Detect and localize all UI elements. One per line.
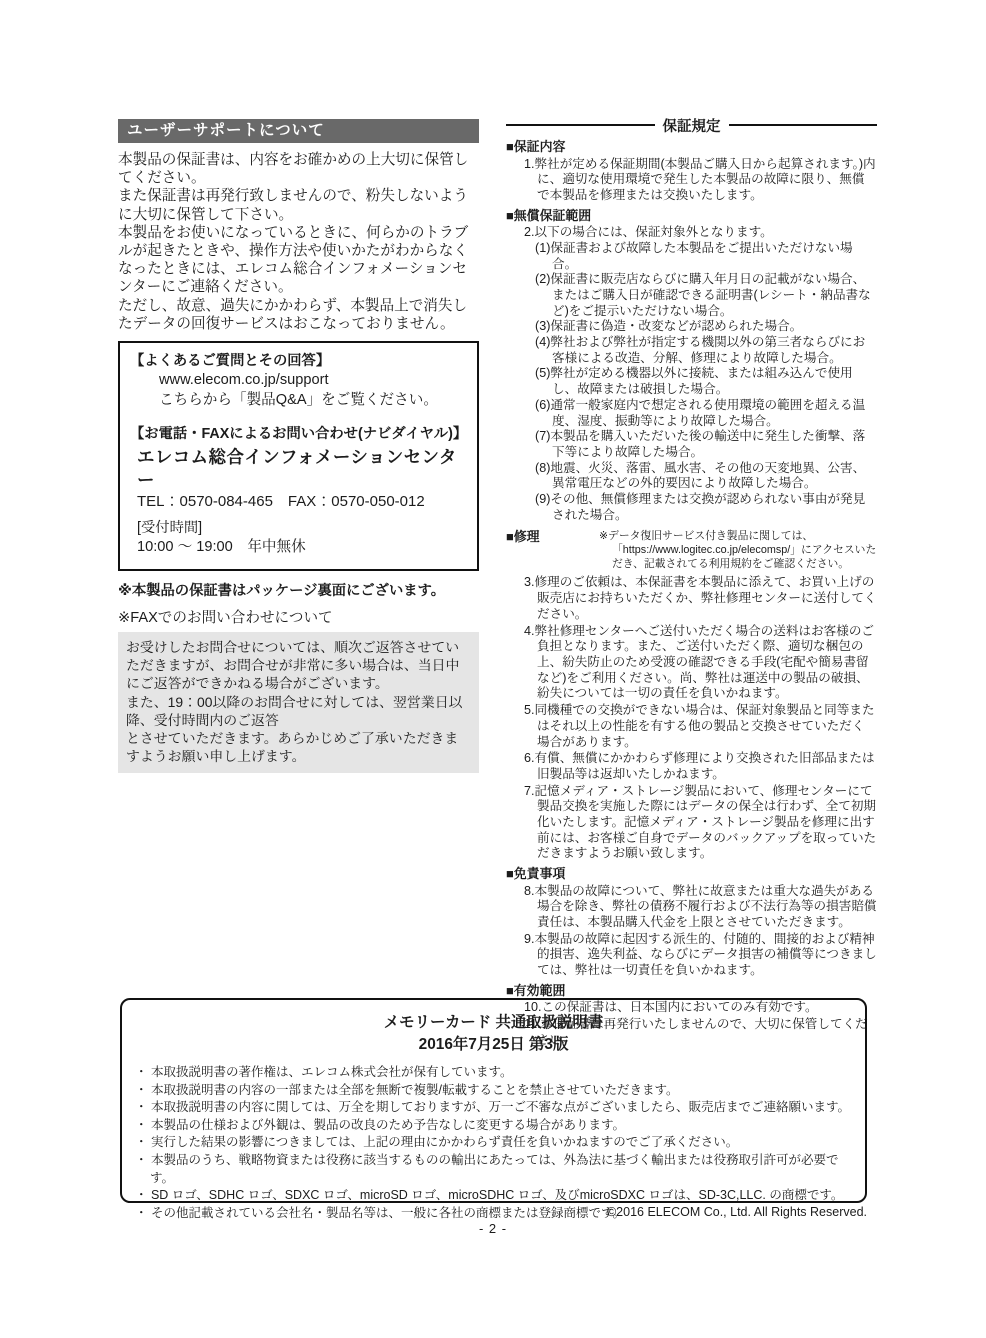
fax-response-paragraph: とさせていただきます。あらかじめご了承いただきますようお願い申し上げます。 bbox=[126, 729, 471, 765]
warranty-clause: 6.有償、無償にかかわらず修理により交換された旧部品または旧製品等は返却いたしか… bbox=[506, 751, 877, 782]
title-rule-right bbox=[729, 124, 878, 126]
warranty-terms-section: 保証規定 ■保証内容1.弊社が定める保証期間(本製品ご購入日から起算されます。)… bbox=[506, 115, 877, 1048]
section-heading: ■保証内容 bbox=[506, 139, 877, 156]
manual-note-item: ・ 本取扱説明書の内容の一部または全部を無断で複製/転載することを禁止させていた… bbox=[135, 1082, 853, 1100]
intro-paragraph: ただし、故意、過失にかかわらず、本製品上で消失したデータの回復サービスはおこなっ… bbox=[118, 297, 479, 333]
warranty-subclause: (7)本製品を購入いただいた後の輸送中に発生した衝撃、落下等により故障した場合。 bbox=[506, 429, 877, 460]
warranty-clause: 8.本製品の故障について、弊社に故意または重大な過失がある場合を除き、弊社の債務… bbox=[506, 884, 877, 931]
warranty-subclause: (4)弊社および弊社が指定する機関以外の第三者ならびにお客様による改造、分解、修… bbox=[506, 335, 877, 366]
title-rule-left bbox=[506, 124, 655, 126]
faq-note: こちらから「製品Q&A」をご覧ください。 bbox=[159, 391, 467, 411]
manual-edition: 2016年7月25日 第3版 bbox=[122, 1034, 865, 1056]
support-center-name: エレコム総合インフォメーションセンター bbox=[137, 446, 467, 492]
manual-note-item: ・ 本取扱説明書の内容に関しては、万全を期しておりますが、万一ご不審な点がござい… bbox=[135, 1099, 853, 1117]
warranty-clause: 9.本製品の故障に起因する派生的、付随的、間接的および精神的損害、逸失利益、なら… bbox=[506, 932, 877, 979]
warranty-clause: 4.弊社修理センターへご送付いただく場合の送料はお客様のご負担となります。また、… bbox=[506, 624, 877, 703]
manual-note-item: ・ 実行した結果の影響につきましては、上記の理由にかかわらず責任を負いかねますの… bbox=[135, 1134, 853, 1152]
page-number: - 2 - bbox=[0, 1221, 986, 1236]
contact-box: 【よくあるご質問とその回答】 www.elecom.co.jp/support … bbox=[118, 341, 479, 571]
phone-fax-title: 【お電話・FAXによるお問い合わせ(ナビダイヤル)】 bbox=[130, 425, 467, 444]
manual-notes: ・ 本取扱説明書の著作権は、エレコム株式会社が保有しています。・ 本取扱説明書の… bbox=[135, 1064, 853, 1222]
hours-value: 10:00 ～ 19:00 年中無休 bbox=[137, 537, 467, 557]
repair-heading: ■修理 bbox=[506, 529, 599, 571]
warranty-blocks: ■保証内容1.弊社が定める保証期間(本製品ご購入日から起算されます。)内に、適切… bbox=[506, 139, 877, 1048]
warranty-subclause: (2)保証書に販売店ならびに購入年月日の記載がない場合、またはご購入日が確認でき… bbox=[506, 272, 877, 319]
section-heading: ■免責事項 bbox=[506, 866, 877, 883]
section-heading: ■無償保証範囲 bbox=[506, 208, 877, 225]
intro-paragraph: 本製品をお使いになっているときに、何らかのトラブルが起きたときや、操作方法や使い… bbox=[118, 224, 479, 297]
warranty-clause: 2.以下の場合には、保証対象外となります。 bbox=[506, 225, 877, 241]
warranty-clause: 5.同機種での交換ができない場合は、保証対象製品と同等またはそれ以上の性能を有す… bbox=[506, 703, 877, 750]
intro-text: 本製品の保証書は、内容をお確かめの上大切に保管してください。また保証書は再発行致… bbox=[118, 151, 479, 333]
fax-response-paragraph: お受けしたお問合せについては、順次ご返答させていただきますが、お問合せが非常に多… bbox=[126, 638, 471, 693]
manual-title: メモリーカード 共通取扱説明書 bbox=[122, 1012, 865, 1034]
user-support-section: ユーザーサポートについて 本製品の保証書は、内容をお確かめの上大切に保管してくだ… bbox=[118, 119, 479, 773]
user-support-heading: ユーザーサポートについて bbox=[118, 119, 479, 143]
intro-paragraph: また保証書は再発行致しませんので、粉失しないように大切に保管して下さい。 bbox=[118, 187, 479, 223]
warranty-title: 保証規定 bbox=[663, 115, 721, 136]
manual-note-item: ・ 本製品のうち、戦略物資または役務に該当するものの輸出にあたっては、外為法に基… bbox=[135, 1152, 853, 1187]
warranty-clause: 1.弊社が定める保証期間(本製品ご購入日から起算されます。)内に、適切な使用環境… bbox=[506, 157, 877, 204]
section-heading: ■有効範囲 bbox=[506, 983, 877, 1000]
manual-note-item: ・ SD ロゴ、SDHC ロゴ、SDXC ロゴ、microSD ロゴ、micro… bbox=[135, 1187, 853, 1205]
repair-row: ■修理※データ復旧サービス付き製品に関しては、「https://www.logi… bbox=[506, 529, 877, 571]
faq-title: 【よくあるご質問とその回答】 bbox=[130, 352, 467, 371]
fax-response-paragraph: また、19：00以降のお問合せに対しては、翌営業日以降、受付時間内のご返答 bbox=[126, 693, 471, 729]
manual-info-box: メモリーカード 共通取扱説明書 2016年7月25日 第3版 ・ 本取扱説明書の… bbox=[120, 998, 867, 1203]
hours-label: [受付時間] bbox=[137, 519, 467, 537]
warranty-subclause: (8)地震、火災、落雷、風水害、その他の天変地異、公害、異常電圧などの外的要因に… bbox=[506, 461, 877, 492]
repair-note: ※データ復旧サービス付き製品に関しては、「https://www.logitec… bbox=[599, 529, 877, 571]
warranty-subclause: (3)保証書に偽造・改変などが認められた場合。 bbox=[506, 319, 877, 335]
fax-response-box: お受けしたお問合せについては、順次ご返答させていただきますが、お問合せが非常に多… bbox=[118, 632, 479, 773]
warranty-subclause: (5)弊社が定める機器以外に接続、または組み込んで使用し、故障または破損した場合… bbox=[506, 366, 877, 397]
warranty-clause: 7.記憶メディア・ストレージ製品において、修理センターにて製品交換を実施した際に… bbox=[506, 784, 877, 863]
manual-note-item: ・ 本取扱説明書の著作権は、エレコム株式会社が保有しています。 bbox=[135, 1064, 853, 1082]
warranty-clause: 3.修理のご依頼は、本保証書を本製品に添えて、お買い上げの販売店にお持ちいただく… bbox=[506, 575, 877, 622]
intro-paragraph: 本製品の保証書は、内容をお確かめの上大切に保管してください。 bbox=[118, 151, 479, 187]
warranty-subclause: (1)保証書および故障した本製品をご提出いただけない場合。 bbox=[506, 241, 877, 272]
manual-note-item: ・ 本製品の仕様および外観は、製品の改良のため予告なしに変更する場合があります。 bbox=[135, 1117, 853, 1135]
warranty-subclause: (9)その他、無償修理または交換が認められない事由が発見された場合。 bbox=[506, 492, 877, 523]
tel-fax-numbers: TEL：0570-084-465 FAX：0570-050-012 bbox=[137, 492, 467, 512]
faq-url: www.elecom.co.jp/support bbox=[159, 371, 467, 391]
warranty-location-note: ※本製品の保証書はパッケージ裏面にございます。 bbox=[118, 582, 479, 600]
warranty-title-row: 保証規定 bbox=[506, 115, 877, 135]
fax-inquiry-note-title: ※FAXでのお問い合わせについて bbox=[118, 609, 479, 627]
copyright: ©2016 ELECOM Co., Ltd. All Rights Reserv… bbox=[607, 1205, 867, 1220]
warranty-subclause: (6)通常一般家庭内で想定される使用環境の範囲を超える温度、湿度、振動等により故… bbox=[506, 398, 877, 429]
manual-page: ユーザーサポートについて 本製品の保証書は、内容をお確かめの上大切に保管してくだ… bbox=[0, 0, 986, 1338]
